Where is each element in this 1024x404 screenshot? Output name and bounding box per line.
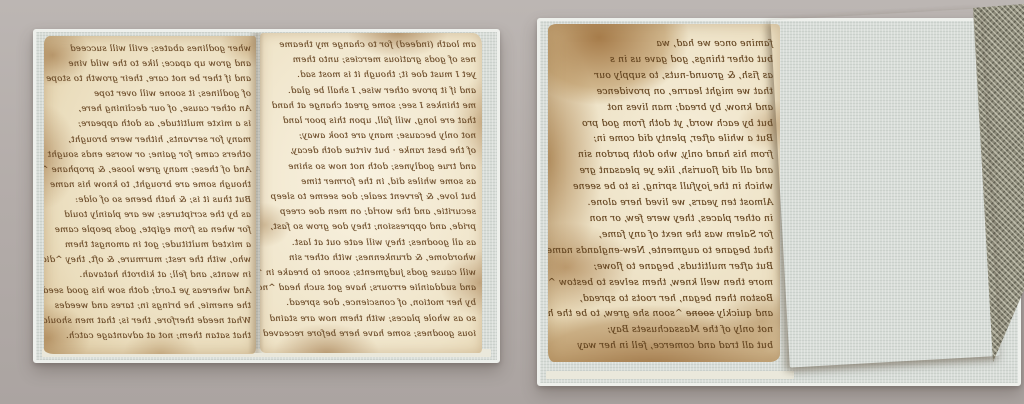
handwriting-line: nes of gods gratious mercies; unto them bbox=[262, 53, 476, 68]
handwriting-line: yet I must doe it; though it is most sad… bbox=[262, 68, 476, 83]
handwriting-line: as by the scriptures; we are plainly tou… bbox=[46, 208, 251, 223]
handwriting-line: but love, & fervent zeale; doe seeme to … bbox=[262, 190, 476, 205]
under-leaf-edge bbox=[546, 371, 794, 379]
handwriting-lines: famine once we had, wabut other things, … bbox=[548, 24, 780, 362]
handwriting-line: for Salem was the next of any fame, bbox=[550, 227, 773, 243]
handwriting-line: wher godlines abates; evill will succeed bbox=[46, 42, 251, 57]
handwriting-line: and quickly s̶o̶o̶n̶e̶ ^soon she grew, t… bbox=[550, 306, 773, 322]
handwriting-line: a mixted multitude; got in amongst them bbox=[46, 238, 251, 253]
handwriting-line: But after multituds, begane to flowe; bbox=[550, 259, 773, 275]
handwriting-line: Boston then began, her roots to spread, bbox=[550, 291, 773, 307]
handwriting-line: as all goodnes; they will eate out at la… bbox=[262, 236, 476, 251]
handwriting-line: but other things, god gave us in s bbox=[550, 52, 773, 68]
left-booklet-left-page: wher godlines abates; evill will succeed… bbox=[44, 36, 256, 354]
handwriting-line: What neede therfore, ther is; that men s… bbox=[46, 314, 251, 329]
handwriting-line: for when as from egipte, gods people cam… bbox=[46, 223, 251, 238]
handwriting-line: so as whole places; with them now are st… bbox=[262, 312, 476, 327]
handwriting-line: famine once we had, wa bbox=[550, 36, 773, 52]
handwriting-lines: am loath (indeed) for to change my theam… bbox=[260, 33, 482, 353]
handwriting-line: that we might learne, on providence bbox=[550, 84, 773, 100]
handwriting-line: and true godlynes; doth not now so shine bbox=[262, 160, 476, 175]
handwriting-line: And of these; many grew loose, & prophan… bbox=[46, 163, 251, 178]
handwriting-line: and if ther be not care, their growth to… bbox=[46, 72, 251, 87]
handwriting-line: am loath (indeed) for to change my theam… bbox=[262, 38, 476, 53]
handwriting-line: as some whiles did, in the former time bbox=[262, 175, 476, 190]
handwriting-line: by her motion, of conscience, doe spread… bbox=[262, 296, 476, 311]
handwriting-line: An other cause, of our declining here, bbox=[46, 102, 251, 117]
handwriting-line: And whereas ye Lord; doth sow his good s… bbox=[46, 284, 251, 299]
handwriting-line: that ere long, will fall, upon this poor… bbox=[262, 114, 476, 129]
page-gutter-shadow bbox=[248, 33, 264, 353]
handwriting-line: more then well knew, them selves to best… bbox=[550, 275, 773, 291]
handwriting-line: many for servants, hither were brought, bbox=[46, 133, 251, 148]
handwriting-line: though some are brought, to know his nam… bbox=[46, 178, 251, 193]
handwriting-line: but all trad and comerce, fell in her wa… bbox=[550, 338, 773, 354]
handwriting-line: that satan them; not at advantage catch. bbox=[46, 329, 251, 344]
handwriting-line: But thus it is; & hath beene so of olde: bbox=[46, 193, 251, 208]
handwriting-line: the enemie, he brings in; tares and weed… bbox=[46, 299, 251, 314]
handwriting-line: ious goodnes; some have here before rece… bbox=[262, 327, 476, 342]
handwriting-line: who, with the rest; murmure, & oft, they… bbox=[46, 253, 251, 268]
handwriting-line: and suddainlie errours; have got such he… bbox=[262, 281, 476, 296]
handwriting-lines: wher godlines abates; evill will succeed… bbox=[44, 36, 256, 354]
handwriting-line: not only of the Massachusets Bay; bbox=[550, 322, 773, 338]
right-booklet-manuscript-page: famine once we had, wabut other things, … bbox=[548, 24, 780, 362]
handwriting-line: securitie, and the world; on men doe cre… bbox=[262, 205, 476, 220]
photo-of-manuscript-booklets: wher godlines abates; evill will succeed… bbox=[0, 0, 1024, 404]
handwriting-line: is a mixte multitude, as doth appeare; bbox=[46, 117, 251, 132]
handwriting-line: me thinkes I see; some great change at h… bbox=[262, 99, 476, 114]
handwriting-line: and if it prove other wise, I shall be g… bbox=[262, 84, 476, 99]
handwriting-line: as fish, & ground-nuts, to supply our bbox=[550, 68, 773, 84]
handwriting-line: whordome, & drunkennes; with other sin bbox=[262, 251, 476, 266]
handwriting-line: others came for gaine; or worse ends sou… bbox=[46, 148, 251, 163]
handwriting-line: But a while after, plenty did come in; bbox=[550, 131, 773, 147]
handwriting-line: which in the joyfull spring, is to be se… bbox=[550, 179, 773, 195]
left-booklet-right-page: am loath (indeed) for to change my theam… bbox=[260, 33, 482, 353]
handwriting-line: and all did flourish, like ye pleasant g… bbox=[550, 163, 773, 179]
handwriting-line: pride, and oppression; they doe grow so … bbox=[262, 220, 476, 235]
handwriting-line: and know, by bread; man lives not bbox=[550, 100, 773, 116]
handwriting-line: Almost ten years, we lived here alone. bbox=[550, 195, 773, 211]
handwriting-line: of godlines; it soone will over tope bbox=[46, 87, 251, 102]
handwriting-line: in other places, they were few, or non bbox=[550, 211, 773, 227]
handwriting-line: that begane to augmente, New-englands na… bbox=[550, 243, 773, 259]
right-booklet-blank-page bbox=[770, 8, 999, 367]
handwriting-line: in wants, and fell; at kibroth hatavah. bbox=[46, 268, 251, 283]
handwriting-line: but by each word, yt doth from god pro bbox=[550, 116, 773, 132]
handwriting-line: will cause gods judgments; soone to brea… bbox=[262, 266, 476, 281]
handwriting-line: from his hand only, who doth pardon sin bbox=[550, 147, 773, 163]
handwriting-line: not only because; many are took away; bbox=[262, 129, 476, 144]
handwriting-line: of the best ranke · but virtue doth deca… bbox=[262, 144, 476, 159]
handwriting-line: and grow up apace; like to the wild vine bbox=[46, 57, 251, 72]
left-booklet-cover: wher godlines abates; evill will succeed… bbox=[33, 29, 500, 363]
